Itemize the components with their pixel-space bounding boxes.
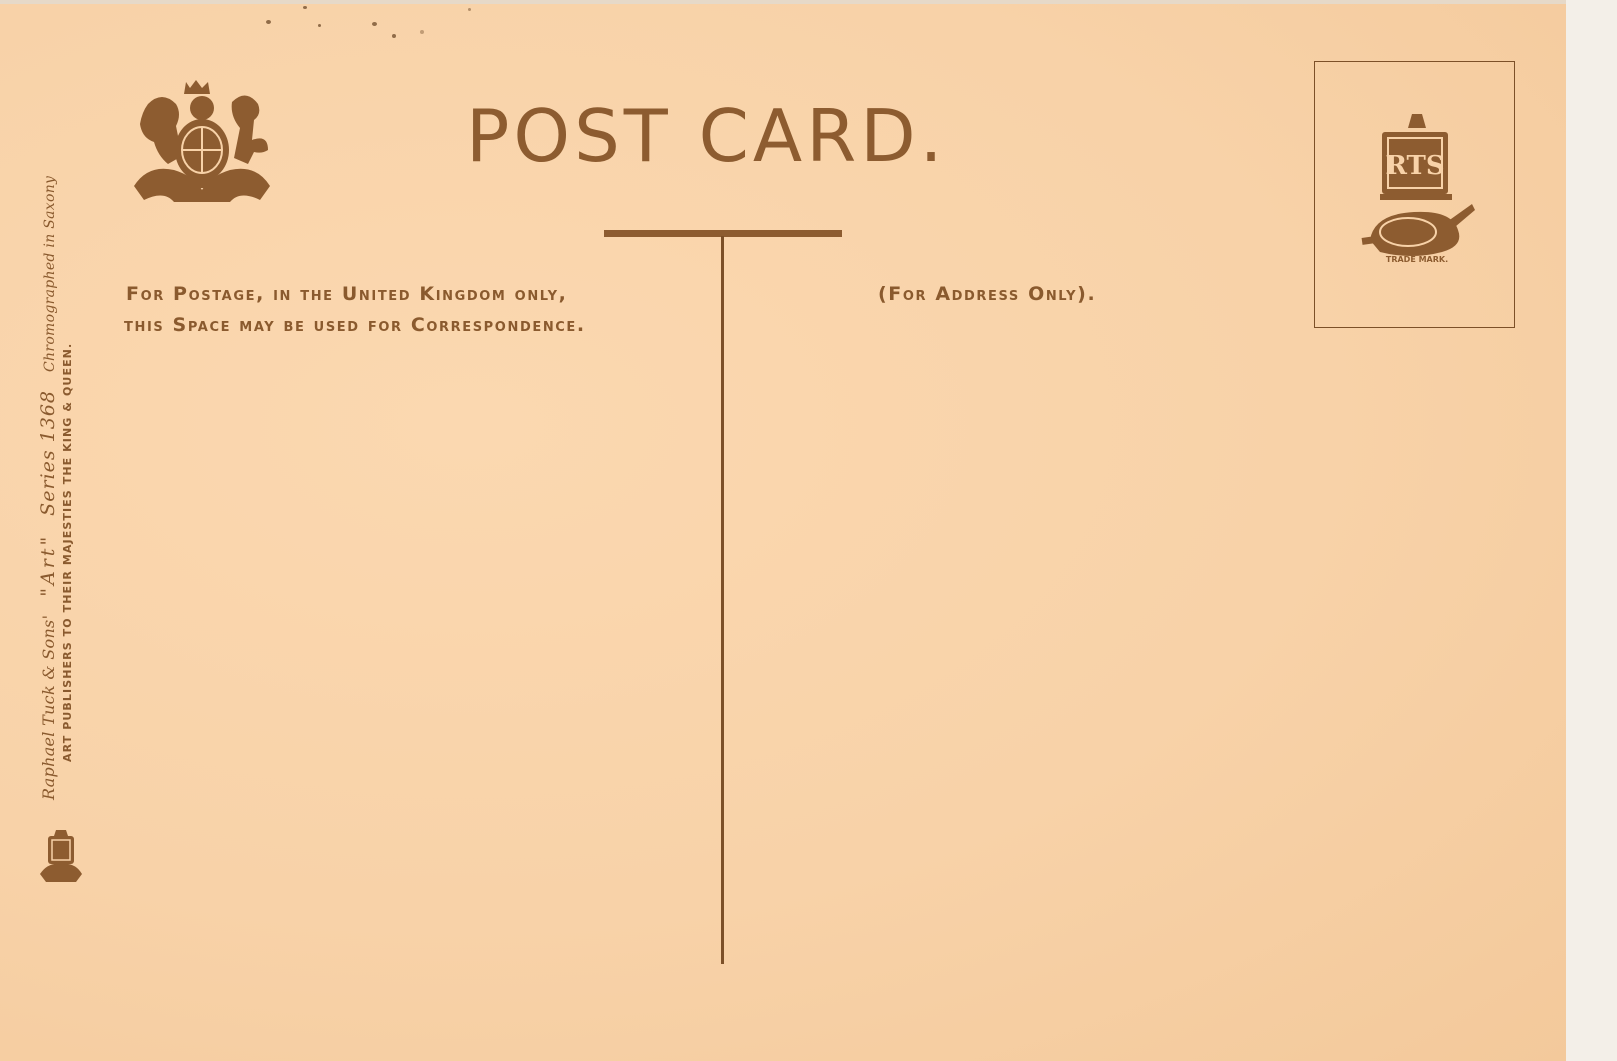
series-number: Series 1368 xyxy=(37,390,59,516)
foxing-speck xyxy=(392,34,396,38)
foxing-speck xyxy=(303,6,307,9)
rts-easel-palette-trademark-icon: RTS TRADE MARK. xyxy=(1360,112,1475,267)
correspondence-note-line2: this Space may be used for Correspondenc… xyxy=(124,316,586,335)
foxing-speck xyxy=(318,24,321,27)
tuck-easel-crest-icon xyxy=(38,828,84,884)
foxing-speck xyxy=(372,22,377,26)
foxing-speck xyxy=(266,20,271,24)
stamp-box: RTS TRADE MARK. xyxy=(1314,61,1515,328)
side-imprint-line1: Raphael Tuck & Sons'"Art"Series 1368Chro… xyxy=(38,176,60,800)
foxing-speck xyxy=(420,30,424,34)
side-imprint: Raphael Tuck & Sons'"Art"Series 1368Chro… xyxy=(38,176,75,800)
svg-text:RTS: RTS xyxy=(1385,151,1444,181)
series-name: "Art" xyxy=(37,534,59,597)
printing-note: Chromographed in Saxony xyxy=(42,176,58,372)
correspondence-note-line1: For Postage, in the United Kingdom only, xyxy=(126,285,568,304)
royal-appointment: ART PUBLISHERS TO THEIR MAJESTIES THE KI… xyxy=(60,176,75,800)
svg-text:TRADE MARK.: TRADE MARK. xyxy=(1386,255,1448,264)
publisher-name: Raphael Tuck & Sons' xyxy=(39,615,58,800)
foxing-speck xyxy=(468,8,471,11)
address-note: (For Address Only). xyxy=(878,285,1096,304)
divider-vertical xyxy=(721,236,724,964)
page-title: POST CARD. xyxy=(466,100,947,172)
postcard-back: POST CARD. For Postage, in the United Ki… xyxy=(0,0,1566,1061)
royal-coat-of-arms-icon xyxy=(128,78,276,214)
